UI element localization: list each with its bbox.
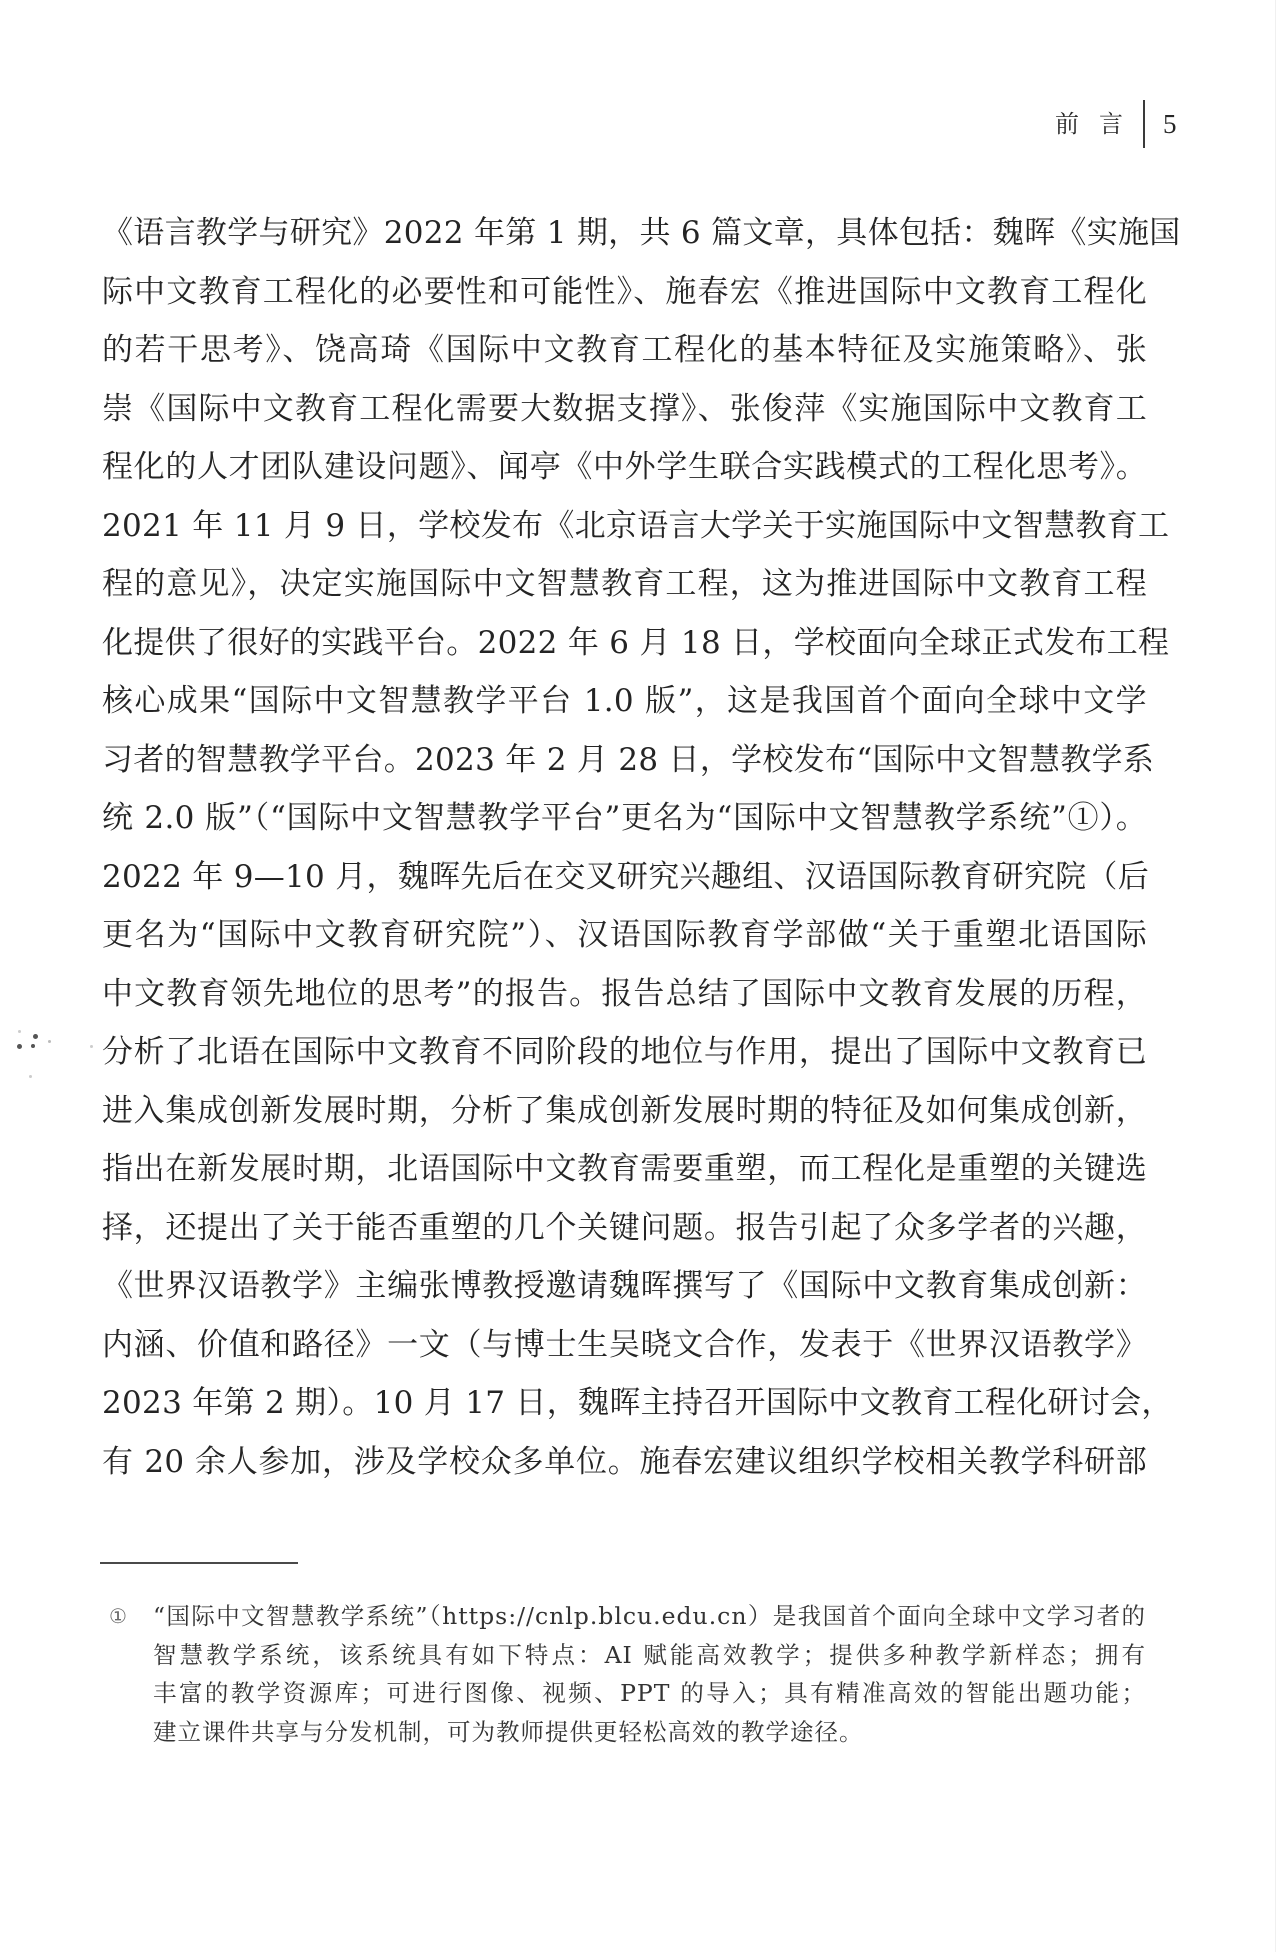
text-line: 程化的人才团队建设问题》、闻亭《中外学生联合实践模式的工程化思考》。 (102, 444, 1147, 503)
speck (90, 1045, 93, 1048)
text-line: 进入集成创新发展时期，分析了集成创新发展时期的特征及如何集成创新， (102, 1088, 1147, 1147)
text-line: 更名为“国际中文教育研究院”）、汉语国际教育学部做“关于重塑北语国际 (102, 912, 1147, 971)
text-line: 中文教育领先地位的思考”的报告。报告总结了国际中文教育发展的历程， (102, 971, 1147, 1030)
speck (31, 1044, 35, 1048)
text-line: 习者的智慧教学平台。2023 年 2 月 28 日，学校发布“国际中文智慧教学系 (102, 737, 1147, 796)
text-line: 指出在新发展时期，北语国际中文教育需要重塑，而工程化是重塑的关键选 (102, 1146, 1147, 1205)
speck (18, 1030, 21, 1033)
speck (17, 1044, 22, 1049)
header-divider (1143, 100, 1145, 148)
text-line: 《世界汉语教学》主编张博教授邀请魏晖撰写了《国际中文教育集成创新： (102, 1263, 1147, 1322)
page-number: 5 (1163, 100, 1177, 148)
text-line: 有 20 余人参加，涉及学校众多单位。施春宏建议组织学校相关教学科研部 (102, 1439, 1147, 1498)
page-edge-shadow (1275, 0, 1276, 1952)
text-line: 2023 年第 2 期）。10 月 17 日，魏晖主持召开国际中文教育工程化研讨… (102, 1380, 1147, 1439)
text-line: 分析了北语在国际中文教育不同阶段的地位与作用，提出了国际中文教育已 (102, 1029, 1147, 1088)
section-title: 前言 (1055, 100, 1143, 148)
footnote-line: 建立课件共享与分发机制，可为教师提供更轻松高效的教学途径。 (153, 1713, 1146, 1752)
text-line: 的若干思考》、饶高琦《国际中文教育工程化的基本特征及实施策略》、张 (102, 327, 1147, 386)
body-paragraph: 《语言教学与研究》2022 年第 1 期，共 6 篇文章，具体包括：魏晖《实施国… (102, 210, 1147, 1497)
speck (29, 1075, 32, 1078)
footnote-separator (100, 1562, 298, 1564)
book-page: 前言 5 《语言教学与研究》2022 年第 1 期，共 6 篇文章，具体包括：魏… (0, 0, 1280, 1952)
text-line: 《语言教学与研究》2022 年第 1 期，共 6 篇文章，具体包括：魏晖《实施国 (102, 210, 1147, 269)
text-line: 2021 年 11 月 9 日，学校发布《北京语言大学关于实施国际中文智慧教育工 (102, 503, 1147, 562)
footnote-line: 丰富的教学资源库；可进行图像、视频、PPT 的导入；具有精准高效的智能出题功能； (153, 1674, 1146, 1713)
text-line: 崇《国际中文教育工程化需要大数据支撑》、张俊萍《实施国际中文教育工 (102, 386, 1147, 445)
footnote-line: 智慧教学系统，该系统具有如下特点：AI 赋能高效教学；提供多种教学新样态；拥有 (153, 1636, 1146, 1675)
text-line: 化提供了很好的实践平台。2022 年 6 月 18 日，学校面向全球正式发布工程 (102, 620, 1147, 679)
text-line: 2022 年 9—10 月，魏晖先后在交叉研究兴趣组、汉语国际教育研究院（后 (102, 854, 1147, 913)
footnote-body: “国际中文智慧教学系统”（https://cnlp.blcu.edu.cn）是我… (153, 1597, 1146, 1751)
speck (33, 1034, 38, 1039)
running-header: 前言 5 (1055, 100, 1177, 148)
text-line: 际中文教育工程化的必要性和可能性》、施春宏《推进国际中文教育工程化 (102, 269, 1147, 328)
footnote-line: “国际中文智慧教学系统”（https://cnlp.blcu.edu.cn）是我… (153, 1597, 1146, 1636)
speck (48, 1040, 51, 1043)
text-line: 程的意见》，决定实施国际中文智慧教育工程，这为推进国际中文教育工程 (102, 561, 1147, 620)
text-line: 核心成果“国际中文智慧教学平台 1.0 版”，这是我国首个面向全球中文学 (102, 678, 1147, 737)
text-line-with-footnote-ref: 统 2.0 版”（“国际中文智慧教学平台”更名为“国际中文智慧教学系统”①）。 (102, 795, 1147, 854)
text-line: 内涵、价值和路径》一文（与博士生吴晓文合作，发表于《世界汉语教学》 (102, 1322, 1147, 1381)
scan-specks (14, 1018, 94, 1078)
text-line: 择，还提出了关于能否重塑的几个关键问题。报告引起了众多学者的兴趣， (102, 1205, 1147, 1264)
footnote-marker: ① (109, 1597, 127, 1635)
